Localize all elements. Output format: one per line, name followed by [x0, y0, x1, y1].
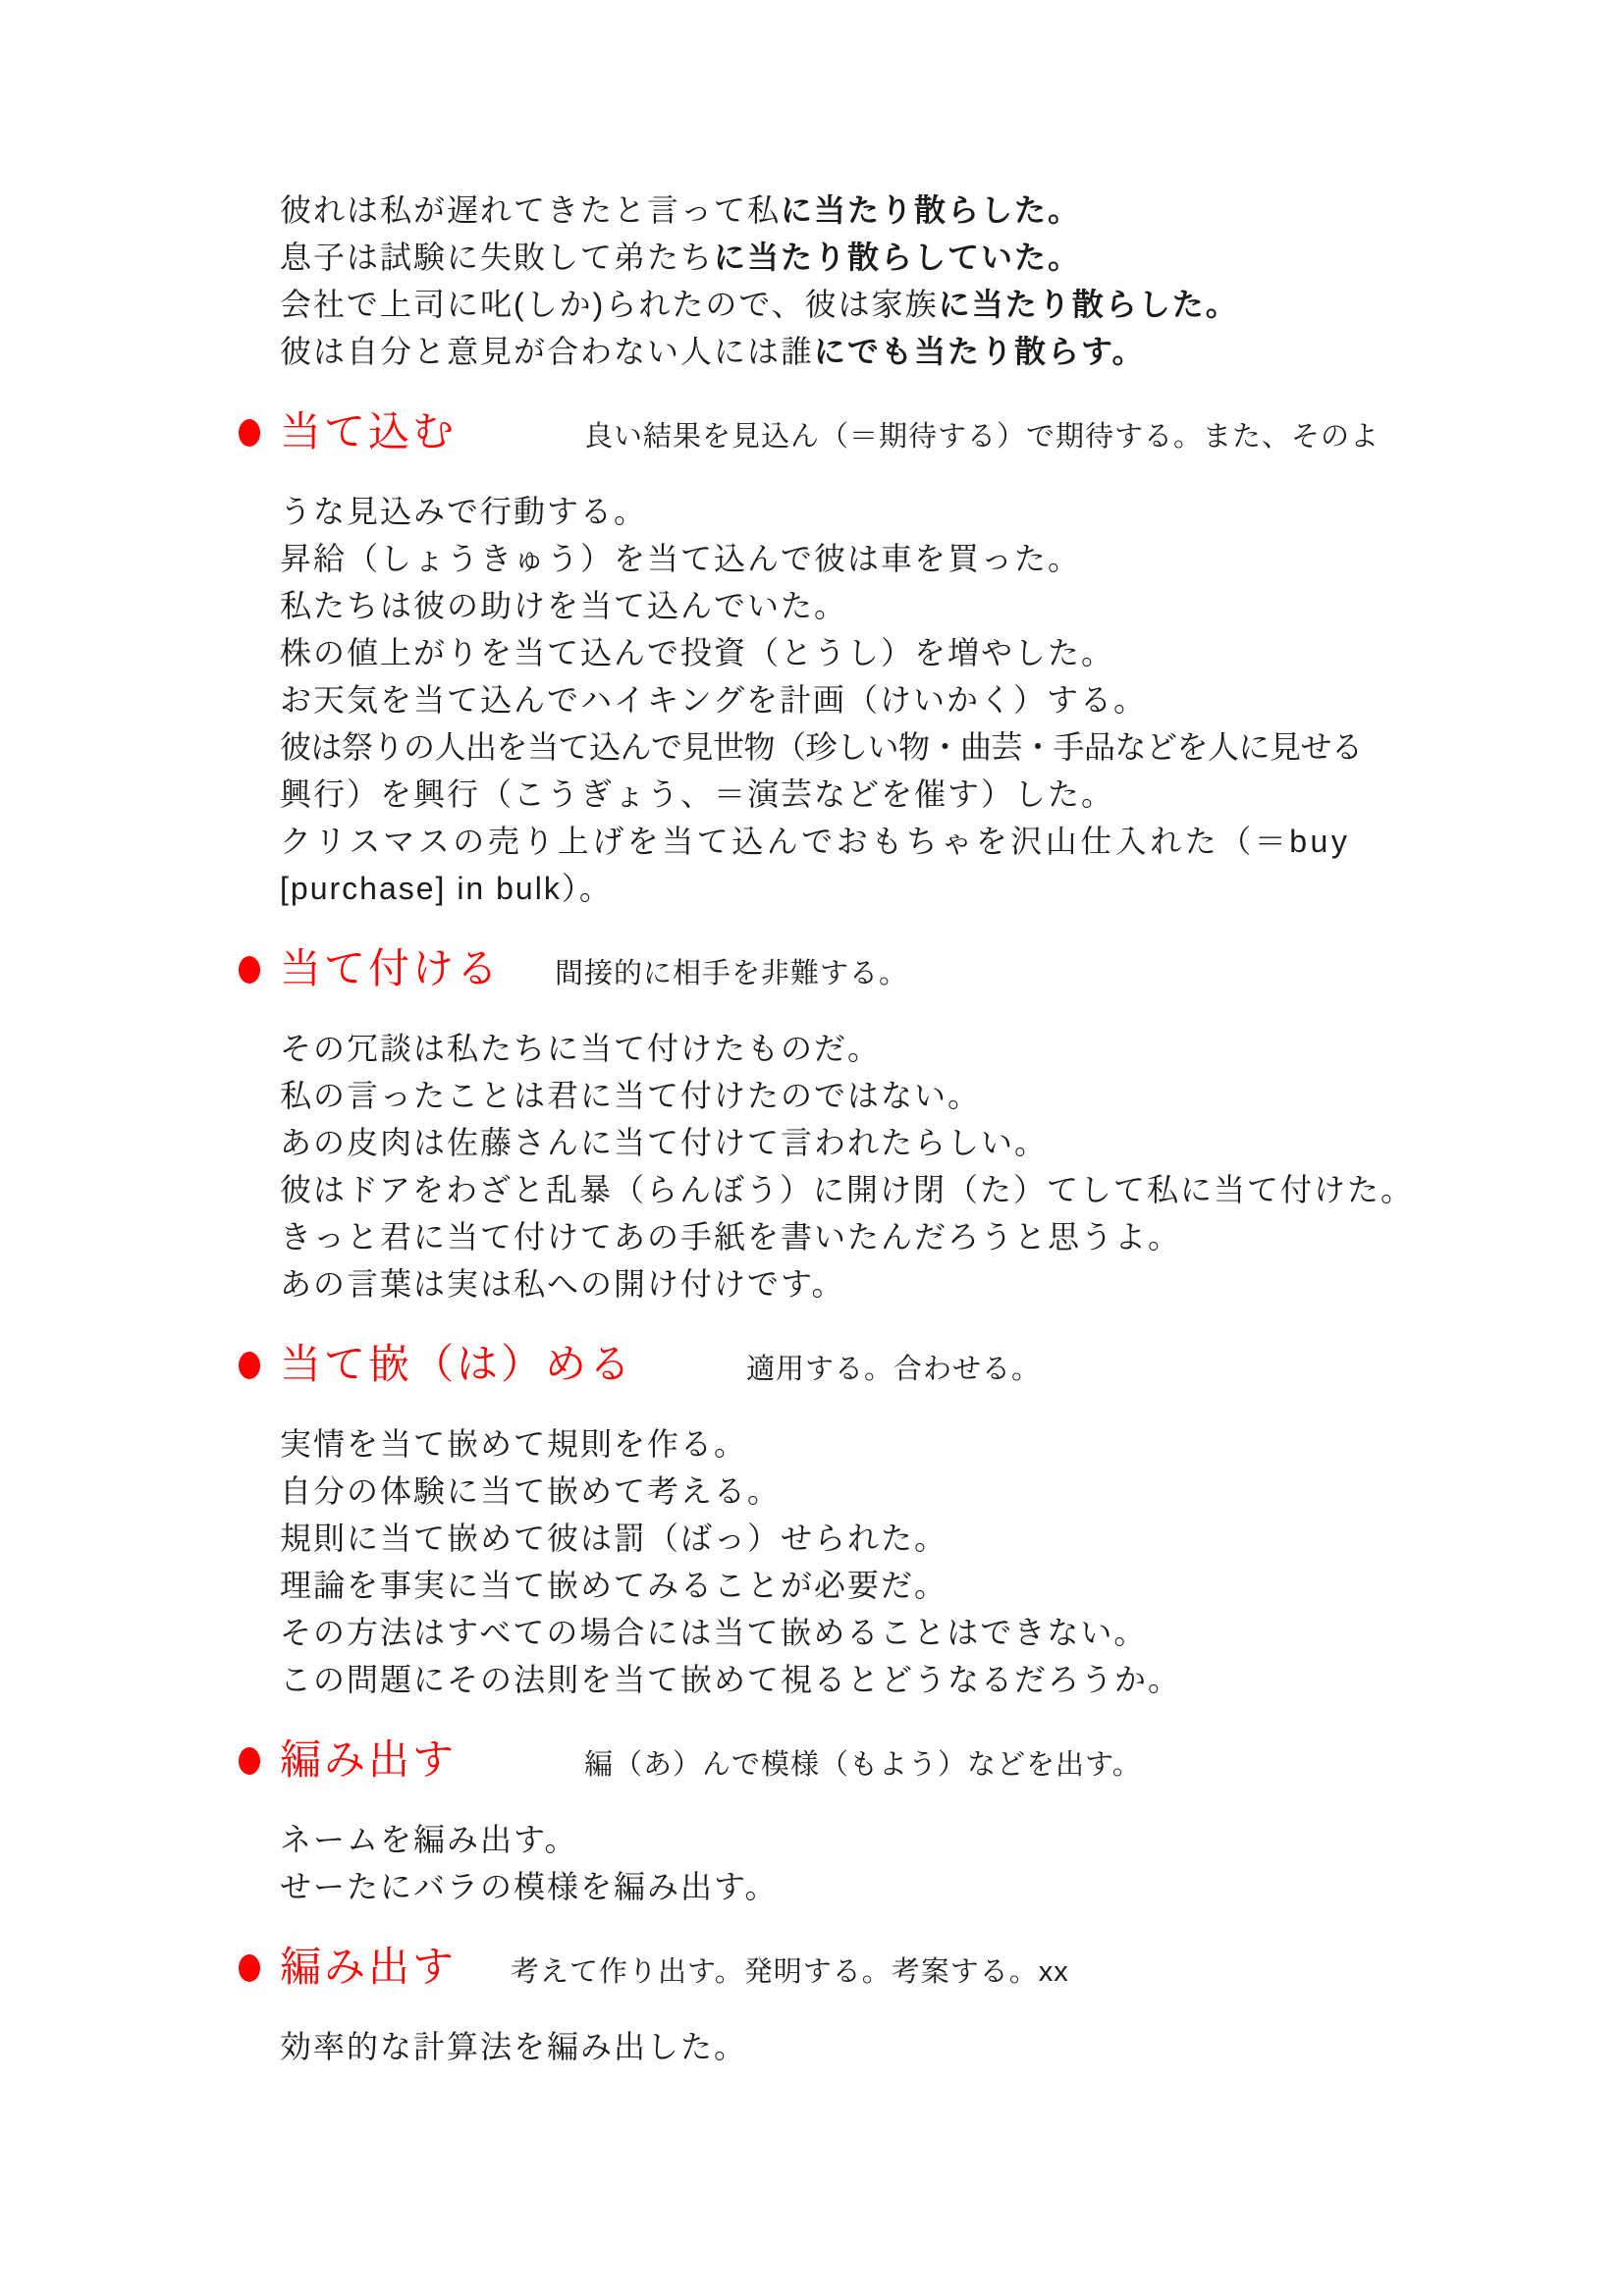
example-sentence: うな見込みで行動する。 [280, 488, 1428, 535]
example-sentence: お天気を当て込んでハイキングを計画（けいかく）する。 [280, 676, 1428, 723]
entry-header: 当て付ける間接的に相手を非難する。 [280, 941, 1428, 1001]
example-sentence: [purchase] in bulk）。 [280, 865, 1428, 912]
dictionary-entry: 当て付ける間接的に相手を非難する。その冗談は私たちに当て付けたものだ。私の言った… [280, 941, 1428, 1308]
example-sentence: あの言葉は実は私への開け付けです。 [280, 1260, 1428, 1308]
example-sentence: きっと君に当て付けてあの手紙を書いたんだろうと思うよ。 [280, 1213, 1428, 1260]
sentence-bold-text: に当たり散らしていた。 [714, 240, 1081, 275]
example-sentence: 規則に当て嵌めて彼は罰（ばっ）せられた。 [280, 1515, 1428, 1562]
example-sentence: せーたにバラの模様を編み出す。 [280, 1863, 1428, 1910]
sentence-text: 会社で上司に叱(しか)られたので、彼は家族 [280, 287, 939, 322]
example-sentence: あの皮肉は佐藤さんに当て付けて言われたらしい。 [280, 1119, 1428, 1166]
intro-line: 彼れは私が遅れてきたと言って私に当たり散らした。 [280, 187, 1428, 234]
example-sentence: 効率的な計算法を編み出した。 [280, 2023, 1428, 2070]
example-sentence: 私たちは彼の助けを当て込んでいた。 [280, 582, 1428, 629]
example-sentence: ネームを編み出す。 [280, 1816, 1428, 1863]
red-bullet-icon [239, 419, 260, 447]
entry-headword: 編み出す [280, 1944, 457, 1990]
example-sentence: クリスマスの売り上げを当て込んでおもちゃを沢山仕入れた（＝buy [280, 818, 1428, 865]
example-sentence: 彼は祭りの人出を当て込んで見世物（珍しい物・曲芸・手品などを人に見せる [280, 723, 1428, 771]
example-sentence: 興行）を興行（こうぎょう、＝演芸などを催す）した。 [280, 771, 1428, 818]
example-sentence: 実情を当て嵌めて規則を作る。 [280, 1420, 1428, 1468]
sentence-bold-text: に当たり散らした。 [939, 287, 1239, 322]
example-sentence: その方法はすべての場合には当て嵌めることはできない。 [280, 1609, 1428, 1656]
entry-headword: 当て付ける [280, 945, 501, 991]
sentence-bold-text: にでも当たり散らす。 [814, 334, 1145, 369]
intro-example-paragraph: 彼れは私が遅れてきたと言って私に当たり散らした。息子は試験に失敗して弟たちに当た… [280, 187, 1428, 375]
entry-header: 当て嵌（は）める適用する。合わせる。 [280, 1337, 1428, 1397]
example-sentence: 自分の体験に当て嵌めて考える。 [280, 1468, 1428, 1515]
entry-header: 編み出す編（あ）んで模様（もよう）などを出す。 [280, 1733, 1428, 1792]
entry-headword: 編み出す [280, 1736, 457, 1783]
example-sentence: 理論を事実に当て嵌めてみることが必要だ。 [280, 1562, 1428, 1609]
sentence-text: 息子は試験に失敗して弟たち [280, 240, 714, 275]
entry-header: 当て込む良い結果を見込ん（＝期待する）で期待する。また、そのよ [280, 404, 1428, 464]
sentence-text: 彼れは私が遅れてきたと言って私 [280, 192, 781, 228]
dictionary-entry: 編み出す考えて作り出す。発明する。考案する。xx効率的な計算法を編み出した。 [280, 1940, 1428, 2070]
entry-definition: 間接的に相手を非難する。 [555, 958, 908, 989]
entry-headword: 当て込む [280, 408, 457, 454]
entry-definition: 編（あ）んで模様（もよう）などを出す。 [584, 1749, 1142, 1781]
entry-definition: 適用する。合わせる。 [746, 1354, 1041, 1385]
entry-definition: 良い結果を見込ん（＝期待する）で期待する。また、そのよ [584, 421, 1380, 453]
dictionary-entry: 編み出す編（あ）んで模様（もよう）などを出す。ネームを編み出す。せーたにバラの模… [280, 1733, 1428, 1910]
dictionary-entry: 当て嵌（は）める適用する。合わせる。実情を当て嵌めて規則を作る。自分の体験に当て… [280, 1337, 1428, 1703]
red-bullet-icon [239, 1352, 260, 1379]
intro-line: 彼は自分と意見が合わない人には誰にでも当たり散らす。 [280, 328, 1428, 375]
example-sentence: この問題にその法則を当て嵌めて視るとどうなるだろうか。 [280, 1656, 1428, 1703]
intro-line: 息子は試験に失敗して弟たちに当たり散らしていた。 [280, 234, 1428, 281]
intro-line: 会社で上司に叱(しか)られたので、彼は家族に当たり散らした。 [280, 281, 1428, 328]
red-bullet-icon [239, 1954, 260, 1982]
vocabulary-document-page: 彼れは私が遅れてきたと言って私に当たり散らした。息子は試験に失敗して弟たちに当た… [0, 0, 1624, 2296]
entry-definition: 考えて作り出す。発明する。考案する。xx [511, 1956, 1069, 1988]
example-sentence: 彼はドアをわざと乱暴（らんぼう）に開け閉（た）てして私に当て付けた。 [280, 1166, 1428, 1213]
dictionary-entries: 当て込む良い結果を見込ん（＝期待する）で期待する。また、そのような見込みで行動す… [280, 404, 1428, 2070]
sentence-text: 彼は自分と意見が合わない人には誰 [280, 334, 814, 369]
red-bullet-icon [239, 1747, 260, 1775]
sentence-bold-text: に当たり散らした。 [781, 192, 1081, 228]
example-sentence: 昇給（しょうきゅう）を当て込んで彼は車を買った。 [280, 535, 1428, 582]
example-sentence: その冗談は私たちに当て付けたものだ。 [280, 1025, 1428, 1072]
example-sentence: 株の値上がりを当て込んで投資（とうし）を増やした。 [280, 629, 1428, 676]
red-bullet-icon [239, 956, 260, 984]
entry-header: 編み出す考えて作り出す。発明する。考案する。xx [280, 1940, 1428, 2000]
dictionary-entry: 当て込む良い結果を見込ん（＝期待する）で期待する。また、そのような見込みで行動す… [280, 404, 1428, 912]
example-sentence: 私の言ったことは君に当て付けたのではない。 [280, 1072, 1428, 1119]
entry-headword: 当て嵌（は）める [280, 1341, 633, 1387]
